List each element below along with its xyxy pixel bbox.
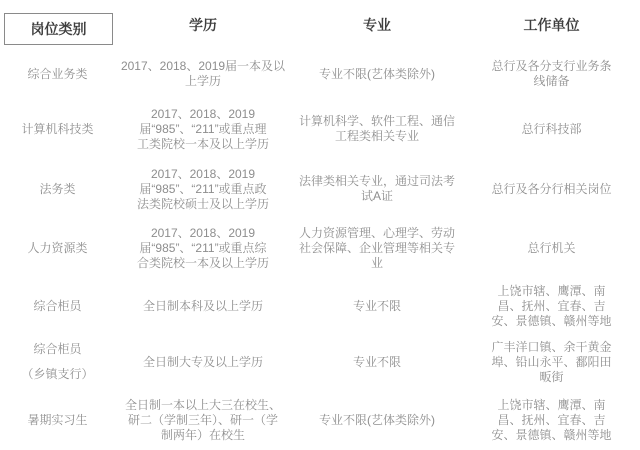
- header-cell-major: 专业: [291, 0, 463, 50]
- table-row: 综合柜员 （乡镇支行） 全日制大专及以上学历 专业不限 广丰洋口镇、余干黄金 埠…: [0, 334, 640, 390]
- cell-workplace: 上饶市辖、鹰潭、南 昌、抚州、宜春、吉 安、景德镇、赣州等地: [463, 278, 640, 334]
- cell-category: 综合柜员: [0, 278, 115, 334]
- cell-education: 2017、2018、2019 届“985”、“211”或重点综 合类院校一本及以…: [115, 218, 291, 278]
- cell-education: 全日制本科及以上学历: [115, 278, 291, 334]
- cell-workplace: 总行及各分行相关岗位: [463, 160, 640, 218]
- cell-education: 全日制大专及以上学历: [115, 334, 291, 390]
- header-cell-workplace: 工作单位: [463, 0, 640, 50]
- table-header-row: 岗位类别 学历 专业 工作单位: [0, 0, 640, 50]
- cell-category: 综合柜员 （乡镇支行）: [0, 334, 115, 390]
- header-label-category: 岗位类别: [31, 21, 87, 37]
- cell-workplace: 广丰洋口镇、余干黄金 埠、铅山永平、鄱阳田 畈街: [463, 334, 640, 390]
- cell-education: 2017、2018、2019 届“985”、“211”或重点政 法类院校硕士及以…: [115, 160, 291, 218]
- cell-workplace: 总行及各分支行业务条 线储备: [463, 50, 640, 98]
- header-cell-category: 岗位类别: [0, 0, 115, 50]
- cell-major: 专业不限(艺体类除外): [291, 390, 463, 450]
- table-row: 暑期实习生 全日制一本以上大三在校生、 研二（学制三年）、研一（学 制两年）在校…: [0, 390, 640, 450]
- cell-major: 人力资源管理、心理学、劳动 社会保障、企业管理等相关专 业: [291, 218, 463, 278]
- category-header-box: 岗位类别: [4, 13, 113, 45]
- cell-workplace: 总行科技部: [463, 98, 640, 160]
- cell-major: 专业不限: [291, 278, 463, 334]
- cell-education: 2017、2018、2019届一本及以 上学历: [115, 50, 291, 98]
- cell-major: 法律类相关专业，通过司法考 试A证: [291, 160, 463, 218]
- table-row: 法务类 2017、2018、2019 届“985”、“211”或重点政 法类院校…: [0, 160, 640, 218]
- table-row: 综合业务类 2017、2018、2019届一本及以 上学历 专业不限(艺体类除外…: [0, 50, 640, 98]
- cell-major: 专业不限: [291, 334, 463, 390]
- cell-workplace: 上饶市辖、鹰潭、南 昌、抚州、宜春、吉 安、景德镇、赣州等地: [463, 390, 640, 450]
- table-row: 计算机科技类 2017、2018、2019 届“985”、“211”或重点理 工…: [0, 98, 640, 160]
- cell-workplace: 总行机关: [463, 218, 640, 278]
- recruitment-positions-table: 岗位类别 学历 专业 工作单位 综合业务类 2017、2018、2019届一本及…: [0, 0, 640, 450]
- cell-category: 暑期实习生: [0, 390, 115, 450]
- cell-category: 法务类: [0, 160, 115, 218]
- cell-major: 计算机科学、软件工程、通信 工程类相关专业: [291, 98, 463, 160]
- cell-category: 综合业务类: [0, 50, 115, 98]
- cell-major: 专业不限(艺体类除外): [291, 50, 463, 98]
- cell-category: 人力资源类: [0, 218, 115, 278]
- cell-education: 2017、2018、2019 届“985”、“211”或重点理 工类院校一本及以…: [115, 98, 291, 160]
- table-row: 综合柜员 全日制本科及以上学历 专业不限 上饶市辖、鹰潭、南 昌、抚州、宜春、吉…: [0, 278, 640, 334]
- cell-category: 计算机科技类: [0, 98, 115, 160]
- table-row: 人力资源类 2017、2018、2019 届“985”、“211”或重点综 合类…: [0, 218, 640, 278]
- header-cell-education: 学历: [115, 0, 291, 50]
- cell-education: 全日制一本以上大三在校生、 研二（学制三年）、研一（学 制两年）在校生: [115, 390, 291, 450]
